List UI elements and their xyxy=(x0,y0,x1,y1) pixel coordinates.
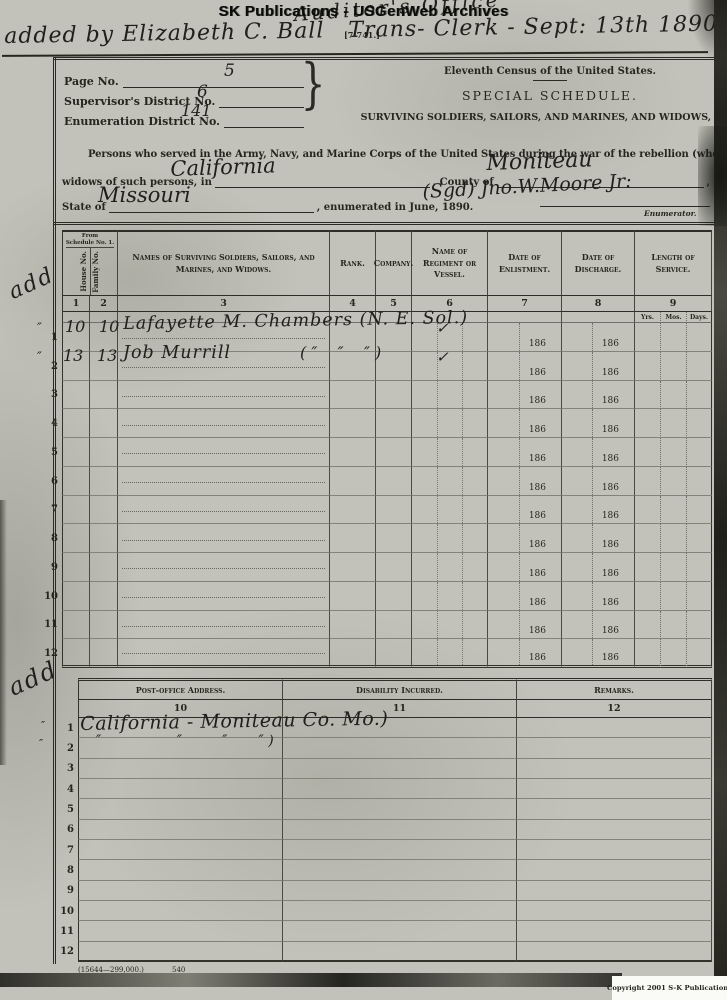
preprinted-year: 186 xyxy=(529,569,546,579)
lower-row-number: 11 xyxy=(52,921,78,941)
disability-cell xyxy=(283,860,517,880)
preprinted-year: 186 xyxy=(602,598,619,608)
schedule-title: SPECIAL SCHEDULE. xyxy=(388,88,712,103)
lower-table-row: 10 xyxy=(40,901,712,921)
months-cell xyxy=(661,639,687,668)
family-no-cell xyxy=(90,381,118,410)
regiment-cell xyxy=(412,611,488,640)
days-cell xyxy=(687,438,712,467)
lower-table-header: Post-office Address. Disability Incurred… xyxy=(40,678,712,700)
lower-row-number: 9 xyxy=(52,881,78,901)
lower-table-row: 9 xyxy=(40,881,712,901)
post-office-cell xyxy=(78,840,283,860)
discharge-date-cell: 186 xyxy=(562,611,635,640)
row2-checkmark: ✓ xyxy=(436,348,449,366)
days-cell xyxy=(687,582,712,611)
row2-family-no: 13 xyxy=(97,346,117,365)
lower-table-row: 6 xyxy=(40,820,712,840)
years-subheader: Yrs. xyxy=(635,312,661,323)
preprinted-year: 186 xyxy=(529,454,546,464)
remarks-cell xyxy=(517,779,712,799)
lower-table-row: 5 xyxy=(40,799,712,819)
table-row: 4 186 186 4 xyxy=(46,409,727,438)
family-no-cell xyxy=(90,553,118,582)
regiment-cell xyxy=(412,639,488,668)
remarks-cell xyxy=(517,840,712,860)
days-cell xyxy=(687,352,712,381)
enlistment-date-cell: 186 xyxy=(488,438,562,467)
years-cell xyxy=(635,553,661,582)
name-cell xyxy=(118,467,330,496)
col-number-2: 2 xyxy=(90,296,118,312)
remarks-cell xyxy=(517,921,712,941)
preprinted-year: 186 xyxy=(529,483,546,493)
remarks-cell xyxy=(517,718,712,738)
lower-table-body: 1 2 3 4 xyxy=(40,718,712,962)
row-number-left: 2 xyxy=(46,352,62,381)
disability-cell xyxy=(283,840,517,860)
row2-ditto-marks: ( ″ ″ ″ ) xyxy=(300,343,381,362)
county-value: Moniteau xyxy=(486,147,593,176)
name-cell xyxy=(118,496,330,525)
disability-cell xyxy=(283,921,517,941)
family-no-cell xyxy=(90,409,118,438)
row2-name: Job Murrill xyxy=(123,343,231,363)
years-cell xyxy=(635,496,661,525)
lower-row-number: 6 xyxy=(52,820,78,840)
from-schedule-label: From Schedule No. 1. xyxy=(66,232,114,248)
name-cell xyxy=(118,524,330,553)
years-cell xyxy=(635,524,661,553)
name-cell xyxy=(118,611,330,640)
family-no-cell xyxy=(90,467,118,496)
enlistment-date-cell: 186 xyxy=(488,553,562,582)
discharge-date-cell: 186 xyxy=(562,381,635,410)
post-office-cell xyxy=(78,942,283,962)
house-no-cell xyxy=(62,496,90,525)
rank-cell xyxy=(330,438,376,467)
rank-cell xyxy=(330,496,376,525)
service-header: Length of Service. xyxy=(635,230,712,296)
enlistment-date-cell: 186 xyxy=(488,323,562,352)
name-cell xyxy=(118,553,330,582)
preprinted-year: 186 xyxy=(529,598,546,608)
regiment-cell xyxy=(412,352,488,381)
table-row: 11 186 186 11 xyxy=(46,611,727,640)
lower-table-row: 11 xyxy=(40,921,712,941)
post-office-cell xyxy=(78,759,283,779)
disability-cell xyxy=(283,881,517,901)
house-no-cell xyxy=(62,553,90,582)
name-cell xyxy=(118,582,330,611)
lower-row1-margin-ditto: ″ xyxy=(41,719,45,732)
years-cell xyxy=(635,582,661,611)
row1-family-no: 10 xyxy=(99,317,119,336)
disability-cell xyxy=(283,779,517,799)
months-cell xyxy=(661,611,687,640)
row2-margin-ditto: ″ xyxy=(37,350,42,365)
regiment-cell xyxy=(412,409,488,438)
enlistment-date-cell: 186 xyxy=(488,582,562,611)
name-cell xyxy=(118,381,330,410)
days-cell xyxy=(687,381,712,410)
col-number-1: 1 xyxy=(62,296,90,312)
schedule-source-header: From Schedule No. 1. House No. Family No… xyxy=(62,230,118,296)
post-office-cell xyxy=(78,881,283,901)
table-row: 3 186 186 3 xyxy=(46,381,727,410)
company-cell xyxy=(376,381,412,410)
annotation-underline xyxy=(2,51,708,57)
years-cell xyxy=(635,611,661,640)
enlistment-date-cell: 186 xyxy=(488,524,562,553)
lower-row2-margin-ditto: ″ xyxy=(39,737,43,750)
disability-cell xyxy=(283,942,517,962)
preprinted-year: 186 xyxy=(602,339,619,349)
days-cell xyxy=(687,467,712,496)
house-no-cell xyxy=(62,639,90,668)
place-value: California xyxy=(170,153,276,181)
row-number-left: 9 xyxy=(46,553,62,582)
years-cell xyxy=(635,409,661,438)
preprinted-year: 186 xyxy=(602,569,619,579)
preprinted-year: 186 xyxy=(529,511,546,521)
family-no-cell xyxy=(90,438,118,467)
days-cell xyxy=(687,553,712,582)
company-cell xyxy=(376,438,412,467)
post-office-header: Post-office Address. xyxy=(78,678,283,700)
lower-row-number: 5 xyxy=(52,799,78,819)
preprinted-year: 186 xyxy=(602,396,619,406)
discharge-date-cell: 186 xyxy=(562,438,635,467)
row-number-left: 10 xyxy=(46,582,62,611)
months-cell xyxy=(661,524,687,553)
table-row: 10 186 186 10 xyxy=(46,582,727,611)
preprinted-year: 186 xyxy=(602,626,619,636)
company-cell xyxy=(376,467,412,496)
watermark-text: SK Publications - USGenWeb Archives xyxy=(0,3,727,20)
title-block: Eleventh Census of the United States. SP… xyxy=(388,66,712,123)
row1-house-no: 10 xyxy=(65,317,85,336)
table-row: 12 186 186 12 xyxy=(46,639,727,668)
rank-cell xyxy=(330,639,376,668)
lower-row-number: 2 xyxy=(52,738,78,758)
discharge-header: Date of Discharge. xyxy=(562,230,635,296)
regiment-cell xyxy=(412,467,488,496)
months-cell xyxy=(661,496,687,525)
row-number-left: 6 xyxy=(46,467,62,496)
row1-checkmark: ✓ xyxy=(436,319,449,337)
post-office-cell xyxy=(78,820,283,840)
lower-table-row: 8 xyxy=(40,860,712,880)
row-number-left: 3 xyxy=(46,381,62,410)
title-rule xyxy=(533,80,567,81)
census-title: Eleventh Census of the United States. xyxy=(388,66,712,77)
remarks-cell xyxy=(517,901,712,921)
days-cell xyxy=(687,496,712,525)
house-no-cell xyxy=(62,438,90,467)
row-number-left: 7 xyxy=(46,496,62,525)
remarks-cell xyxy=(517,738,712,758)
preprinted-year: 186 xyxy=(529,339,546,349)
row-number-left: 5 xyxy=(46,438,62,467)
family-no-cell xyxy=(90,524,118,553)
house-no-cell xyxy=(62,582,90,611)
house-family-headers: House No. Family No. xyxy=(79,248,100,295)
house-no-cell xyxy=(62,381,90,410)
remarks-header: Remarks. xyxy=(517,678,712,700)
months-cell xyxy=(661,582,687,611)
scan-dark-bottom-band xyxy=(0,973,622,987)
page-no-blank xyxy=(123,74,304,88)
enumerated-text: , enumerated in June, 1890. xyxy=(317,202,473,213)
disability-cell xyxy=(283,759,517,779)
discharge-date-cell: 186 xyxy=(562,467,635,496)
house-no-header: House No. xyxy=(79,248,89,295)
rank-cell xyxy=(330,582,376,611)
name-cell xyxy=(118,409,330,438)
post-office-cell xyxy=(78,799,283,819)
preprinted-year: 186 xyxy=(529,626,546,636)
company-cell xyxy=(376,611,412,640)
page-no-value: 5 xyxy=(224,61,235,81)
row-number-left: 1 xyxy=(46,323,62,352)
lower-table-row: 7 xyxy=(40,840,712,860)
preprinted-year: 186 xyxy=(602,454,619,464)
remarks-cell xyxy=(517,881,712,901)
remarks-cell xyxy=(517,799,712,819)
enlistment-date-cell: 186 xyxy=(488,467,562,496)
house-no-cell xyxy=(62,524,90,553)
main-table: From Schedule No. 1. House No. Family No… xyxy=(46,230,727,668)
preprinted-year: 186 xyxy=(529,396,546,406)
regiment-cell xyxy=(412,524,488,553)
enumerator-line xyxy=(540,206,710,207)
months-cell xyxy=(661,409,687,438)
disability-cell xyxy=(283,901,517,921)
lower-row-number: 10 xyxy=(52,901,78,921)
family-no-cell xyxy=(90,639,118,668)
lower-row-number: 8 xyxy=(52,860,78,880)
discharge-date-cell: 186 xyxy=(562,323,635,352)
preprinted-year: 186 xyxy=(529,425,546,435)
lower-table-row: 3 xyxy=(40,759,712,779)
state-value: Missouri xyxy=(98,183,191,207)
company-cell xyxy=(376,409,412,438)
remarks-cell xyxy=(517,759,712,779)
enlistment-date-cell: 186 xyxy=(488,496,562,525)
preprinted-year: 186 xyxy=(529,653,546,663)
enumeration-district-blank xyxy=(224,114,304,128)
preprinted-year: 186 xyxy=(602,425,619,435)
col-number-9: 9 xyxy=(635,296,712,312)
days-cell xyxy=(687,524,712,553)
enlistment-date-cell: 186 xyxy=(488,611,562,640)
name-cell xyxy=(118,639,330,668)
family-no-cell xyxy=(90,496,118,525)
supervisor-district-value: 6 xyxy=(197,82,208,102)
company-cell xyxy=(376,553,412,582)
main-table-header: From Schedule No. 1. House No. Family No… xyxy=(46,230,727,296)
years-cell xyxy=(635,467,661,496)
post-office-cell xyxy=(78,901,283,921)
rank-cell xyxy=(330,467,376,496)
preprinted-year: 186 xyxy=(602,540,619,550)
regiment-cell xyxy=(412,553,488,582)
scan-dark-edge-left xyxy=(0,500,7,765)
days-cell xyxy=(687,639,712,668)
lower-row-number: 7 xyxy=(52,840,78,860)
enlistment-date-cell: 186 xyxy=(488,639,562,668)
preprinted-year: 186 xyxy=(529,540,546,550)
months-cell xyxy=(661,467,687,496)
disability-cell xyxy=(283,799,517,819)
row2-house-no: 13 xyxy=(63,346,83,365)
remarks-cell xyxy=(517,860,712,880)
preamble-line1: Persons who served in the Army, Navy, an… xyxy=(62,149,710,162)
regiment-header: Name of Regiment or Vessel. xyxy=(412,230,488,296)
disability-cell xyxy=(283,820,517,840)
house-no-cell xyxy=(62,611,90,640)
lower-table-row: 4 xyxy=(40,779,712,799)
row-number-left: 11 xyxy=(46,611,62,640)
years-cell xyxy=(635,381,661,410)
col-number-3: 3 xyxy=(118,296,330,312)
scan-dark-blotch xyxy=(698,126,727,226)
months-cell xyxy=(661,323,687,352)
preprinted-year: 186 xyxy=(529,368,546,378)
remarks-cell xyxy=(517,942,712,962)
family-no-cell xyxy=(90,582,118,611)
days-cell xyxy=(687,611,712,640)
table-row: 8 186 186 8 xyxy=(46,524,727,553)
regiment-cell xyxy=(412,496,488,525)
table-row: 7 186 186 7 xyxy=(46,496,727,525)
name-cell xyxy=(118,438,330,467)
table-row: 6 186 186 6 xyxy=(46,467,727,496)
years-cell xyxy=(635,323,661,352)
years-cell xyxy=(635,639,661,668)
rank-cell xyxy=(330,524,376,553)
months-cell xyxy=(661,438,687,467)
years-cell xyxy=(635,352,661,381)
lower-row-number: 12 xyxy=(52,942,78,962)
remarks-cell xyxy=(517,820,712,840)
preprinted-year: 186 xyxy=(602,653,619,663)
preprinted-year: 186 xyxy=(602,511,619,521)
supervisor-district-blank xyxy=(219,94,304,108)
discharge-date-cell: 186 xyxy=(562,496,635,525)
regiment-cell xyxy=(412,381,488,410)
months-cell xyxy=(661,553,687,582)
col-number-12: 12 xyxy=(517,700,712,718)
table-row: 9 186 186 9 xyxy=(46,553,727,582)
months-subheader: Mos. xyxy=(661,312,687,323)
rank-cell xyxy=(330,381,376,410)
company-cell xyxy=(376,496,412,525)
col-number-8: 8 xyxy=(562,296,635,312)
enumerator-label: Enumerator. xyxy=(644,209,696,218)
lower-table-row: 12 xyxy=(40,942,712,962)
days-cell xyxy=(687,323,712,352)
lower-row2-address-dittos: ″ ″ ″ ″ ) xyxy=(96,733,274,749)
table-row: 5 186 186 5 xyxy=(46,438,727,467)
header-section-divider xyxy=(53,222,727,225)
disability-cell xyxy=(283,738,517,758)
lower-row-number: 3 xyxy=(52,759,78,779)
discharge-date-cell: 186 xyxy=(562,409,635,438)
family-no-header: Family No. xyxy=(90,248,101,295)
lower-row-number: 4 xyxy=(52,779,78,799)
rank-header: Rank. xyxy=(330,230,376,296)
enlistment-date-cell: 186 xyxy=(488,381,562,410)
names-header: Names of Surviving Soldiers, Sailors, an… xyxy=(118,230,330,296)
post-office-cell xyxy=(78,860,283,880)
house-no-cell xyxy=(62,409,90,438)
rank-cell xyxy=(330,409,376,438)
disability-header: Disability Incurred. xyxy=(283,678,517,700)
enumeration-district-value: 141 xyxy=(181,101,212,120)
preprinted-year: 186 xyxy=(602,483,619,493)
copyright-notice: Copyright 2001 S-K Publications xyxy=(612,976,727,1000)
rank-cell xyxy=(330,553,376,582)
lower-row-number: 1 xyxy=(52,718,78,738)
col-number-7: 7 xyxy=(488,296,562,312)
discharge-date-cell: 186 xyxy=(562,582,635,611)
discharge-date-cell: 186 xyxy=(562,524,635,553)
company-cell xyxy=(376,639,412,668)
schedule-subtitle: SURVIVING SOLDIERS, SAILORS, AND MARINES… xyxy=(388,112,712,123)
preprinted-year: 186 xyxy=(602,368,619,378)
row-number-left: 8 xyxy=(46,524,62,553)
discharge-date-cell: 186 xyxy=(562,352,635,381)
fields-brace: } xyxy=(301,57,326,111)
regiment-cell xyxy=(412,582,488,611)
page-no-row: Page No. xyxy=(64,68,304,88)
enlistment-header: Date of Enlistment. xyxy=(488,230,562,296)
company-header: Company. xyxy=(376,230,412,296)
company-cell xyxy=(376,352,412,381)
months-cell xyxy=(661,381,687,410)
row-number-left: 4 xyxy=(46,409,62,438)
days-subheader: Days. xyxy=(687,312,712,323)
company-cell xyxy=(376,524,412,553)
main-table-body: 1 186 186 1 2 186 xyxy=(46,323,727,668)
rank-cell xyxy=(330,611,376,640)
row1-margin-ditto: ″ xyxy=(37,321,42,336)
discharge-date-cell: 186 xyxy=(562,639,635,668)
discharge-date-cell: 186 xyxy=(562,553,635,582)
scanned-census-page: SK Publications - USGenWeb Archives [7-7… xyxy=(0,0,727,1000)
form-top-border xyxy=(53,57,727,60)
years-cell xyxy=(635,438,661,467)
enlistment-date-cell: 186 xyxy=(488,409,562,438)
days-cell xyxy=(687,409,712,438)
family-no-cell xyxy=(90,611,118,640)
post-office-cell xyxy=(78,779,283,799)
months-cell xyxy=(661,352,687,381)
company-cell xyxy=(376,582,412,611)
house-no-cell xyxy=(62,467,90,496)
page-no-label: Page No. xyxy=(64,75,119,88)
post-office-cell xyxy=(78,921,283,941)
regiment-cell xyxy=(412,438,488,467)
enlistment-date-cell: 186 xyxy=(488,352,562,381)
